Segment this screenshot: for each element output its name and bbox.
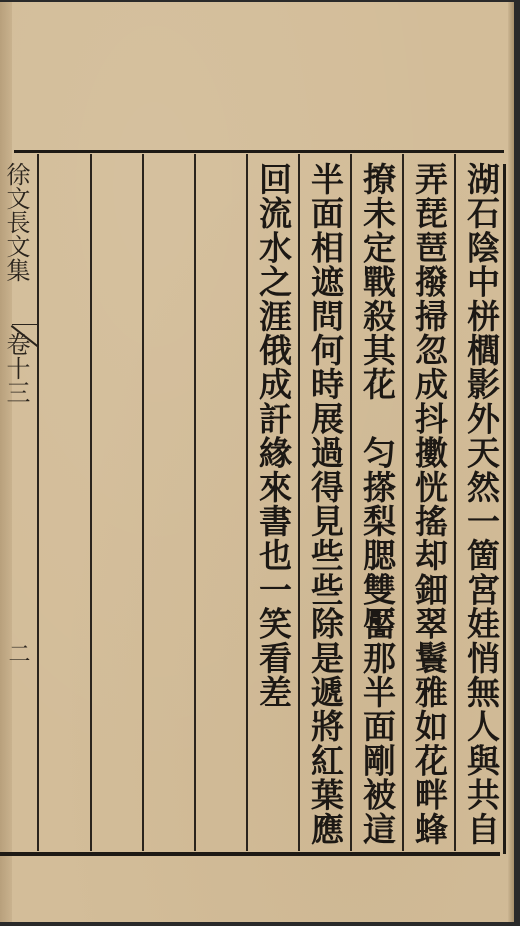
page-right-edge <box>508 2 514 922</box>
frame-bottom-border <box>0 852 500 856</box>
column-rule <box>194 154 196 851</box>
text-column-5: 回流水之涯俄成訐緣來書也一笑看差 <box>249 162 295 852</box>
text-column-1: 湖石陰中栟櫚影外天然一箇宮娃悄無人與共自 <box>457 162 503 852</box>
book-page: 徐文長文集 卷十三 二 湖石陰中栟櫚影外天然一箇宮娃悄無人與共自 弄琵琶撥掃忽成… <box>0 2 514 922</box>
column-rule <box>454 154 456 851</box>
frame-top-border <box>14 150 504 153</box>
column-rule <box>246 154 248 851</box>
column-rule <box>402 154 404 851</box>
frame-right-border <box>503 164 506 854</box>
margin-page-number: 二 <box>6 642 28 664</box>
column-rule <box>37 154 39 851</box>
text-column-6 <box>197 162 243 852</box>
column-rule <box>90 154 92 851</box>
text-column-4: 半面相遮問何時展過得見些些除是遞將紅葉應 <box>301 162 347 852</box>
margin-volume: 卷十三 <box>2 332 30 404</box>
text-column-3: 撩未定戰殺其花 匀搽梨腮雙靨那半面剛被這 <box>353 162 399 852</box>
text-column-9 <box>40 162 86 852</box>
margin-book-title: 徐文長文集 <box>2 162 30 282</box>
binding-gutter <box>0 2 12 922</box>
text-column-7 <box>145 162 191 852</box>
column-rule <box>298 154 300 851</box>
text-column-8 <box>93 162 139 852</box>
column-rule <box>142 154 144 851</box>
column-rule <box>350 154 352 851</box>
text-column-2: 弄琵琶撥掃忽成抖擻恍搖却鈿翠鬟雅如花畔蜂 <box>405 162 451 852</box>
